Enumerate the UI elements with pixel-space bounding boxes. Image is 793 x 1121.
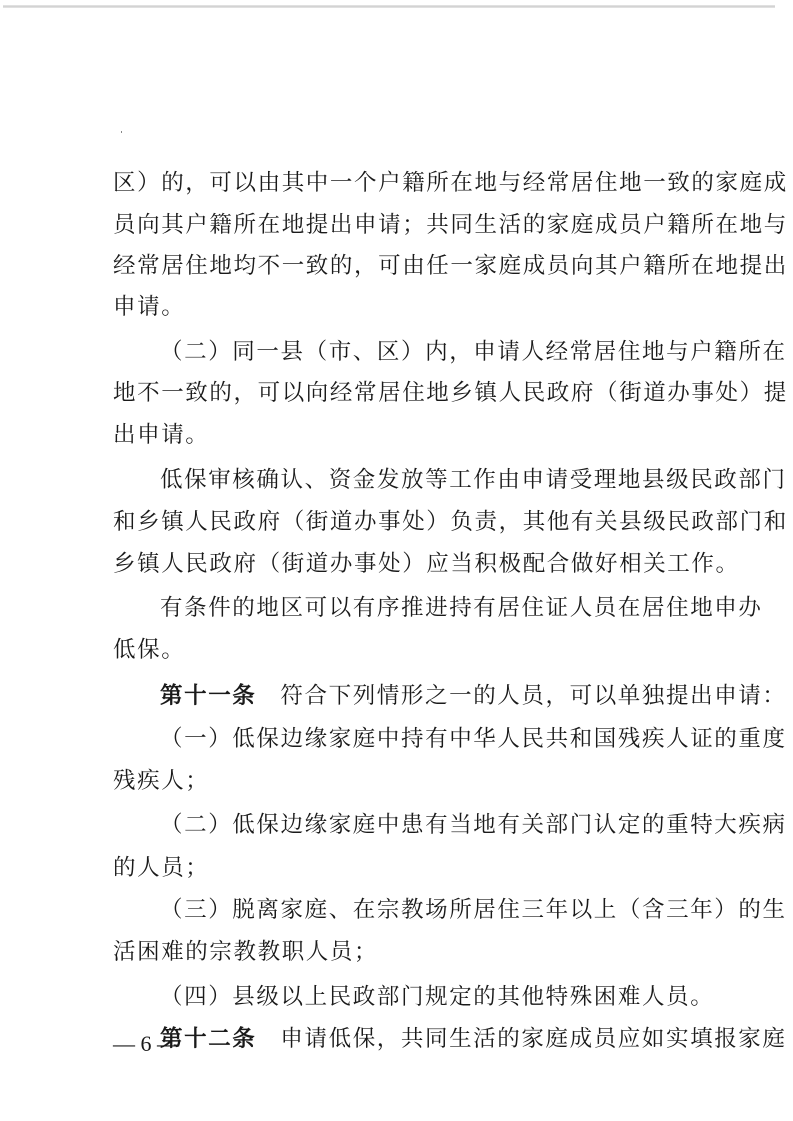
text-line: 低保。 <box>113 635 683 665</box>
article-text: 申请低保，共同生活的家庭成员应如实填报家庭 <box>280 1026 786 1052</box>
text-line: （一）低保边缘家庭中持有中华人民共和国残疾人证的重度 <box>160 724 730 754</box>
text-line: 经常居住地均不一致的，可由任一家庭成员向其户籍所在地提出 <box>113 251 683 281</box>
text-line: 地不一致的，可以向经常居住地乡镇人民政府（街道办事处）提 <box>113 378 683 408</box>
text-line: 乡镇人民政府（街道办事处）应当积极配合做好相关工作。 <box>113 549 683 579</box>
text-line: 出申请。 <box>113 420 683 450</box>
text-line: （三）脱离家庭、在宗教场所居住三年以上（含三年）的生 <box>160 895 730 925</box>
text-line: 和乡镇人民政府（街道办事处）负责，其他有关县级民政部门和 <box>113 507 683 537</box>
article-label: 第十一条 <box>160 683 256 709</box>
text-line: 低保审核确认、资金发放等工作由申请受理地县级民政部门 <box>160 465 730 495</box>
scan-speck <box>121 131 122 133</box>
page-number: — 6 — <box>113 1030 179 1058</box>
text-line: 残疾人； <box>113 766 683 796</box>
article-text: 符合下列情形之一的人员，可以单独提出申请： <box>280 683 786 709</box>
text-line: （四）县级以上民政部门规定的其他特殊困难人员。 <box>160 982 730 1012</box>
text-line: 的人员； <box>113 853 683 883</box>
article-12: 第十二条申请低保，共同生活的家庭成员应如实填报家庭 <box>160 1024 730 1054</box>
scan-edge-line <box>3 5 775 8</box>
text-line: （二）同一县（市、区）内，申请人经常居住地与户籍所在 <box>160 337 730 367</box>
text-line: 区）的，可以由其中一个户籍所在地与经常居住地一致的家庭成 <box>113 168 683 198</box>
text-line: 有条件的地区可以有序推进持有居住证人员在居住地申办 <box>160 593 730 623</box>
text-line: 活困难的宗教教职人员； <box>113 937 683 967</box>
text-line: 员向其户籍所在地提出申请；共同生活的家庭成员户籍所在地与 <box>113 210 683 240</box>
text-line: （二）低保边缘家庭中患有当地有关部门认定的重特大疾病 <box>160 810 730 840</box>
text-line: 申请。 <box>113 292 683 322</box>
article-11: 第十一条符合下列情形之一的人员，可以单独提出申请： <box>160 681 730 711</box>
